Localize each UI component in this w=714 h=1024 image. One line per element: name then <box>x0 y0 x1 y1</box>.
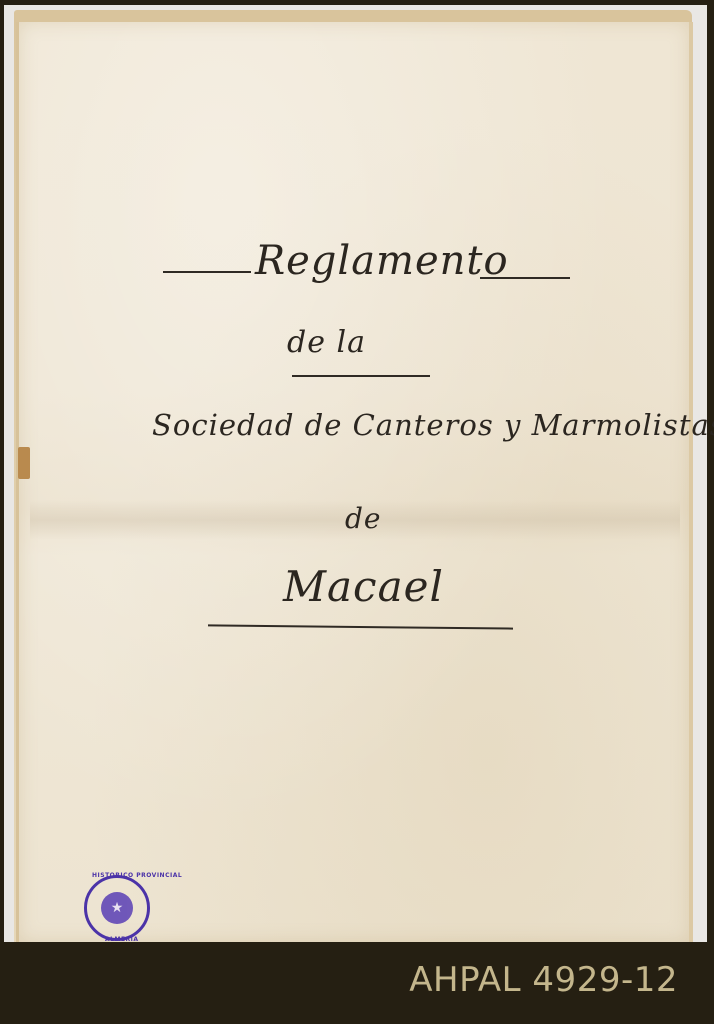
document-title: Reglamento <box>255 238 509 284</box>
archive-reference: AHPAL 4929-12 <box>409 960 678 1000</box>
star-emblem-icon: ★ <box>101 892 133 924</box>
title-rule-left <box>163 271 251 273</box>
document-page <box>16 22 693 942</box>
document-line-macael: Macael <box>283 562 444 611</box>
title-rule-right <box>480 277 570 279</box>
torn-edge <box>18 447 30 479</box>
archive-stamp: ★ <box>84 875 150 941</box>
de-la-underline <box>292 375 430 377</box>
document-line-de: de <box>345 502 382 535</box>
document-line-sociedad: Sociedad de Canteros y Marmolistas <box>152 408 714 442</box>
document-line-de-la: de la <box>287 325 366 360</box>
stamp-top-text: HISTORICO PROVINCIAL <box>92 872 182 879</box>
